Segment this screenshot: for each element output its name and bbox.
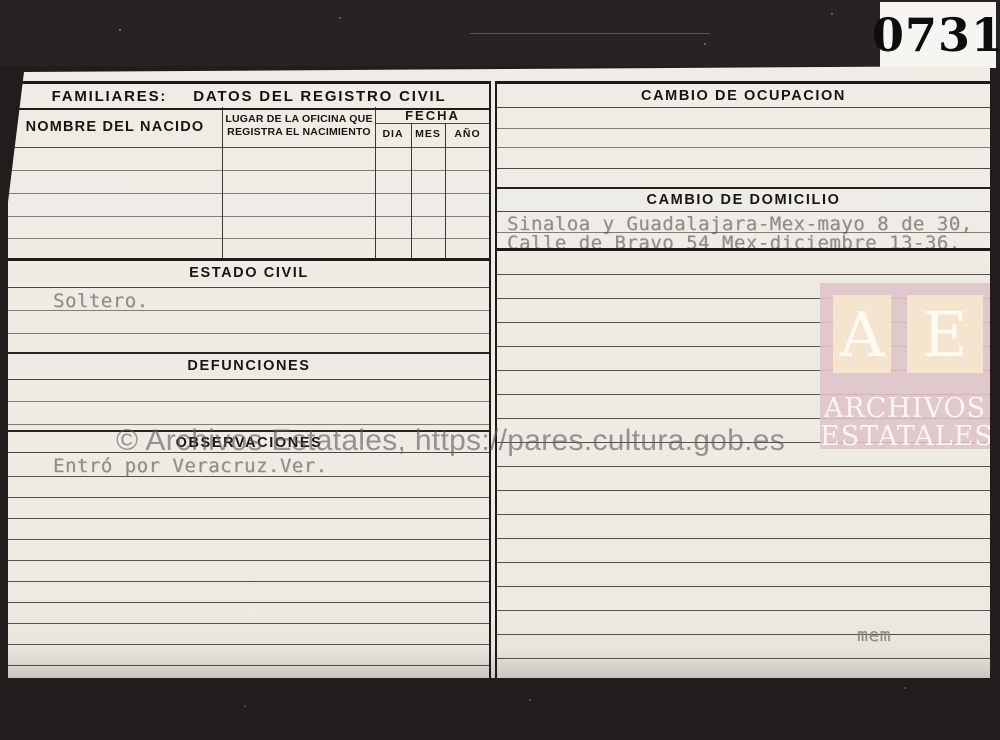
cambio-ocupacion-title: CAMBIO DE OCUPACION xyxy=(497,88,990,104)
cambio-domicilio-title: CAMBIO DE DOMICILIO xyxy=(497,192,990,208)
defunciones-title: DEFUNCIONES xyxy=(8,358,490,374)
ruled-line xyxy=(497,168,990,169)
ruled-line xyxy=(497,128,990,129)
logo-initial-a: A xyxy=(840,298,885,371)
cambio-domicilio-section: CAMBIO DE DOMICILIO Sinaloa y Guadalajar… xyxy=(497,187,990,250)
ruled-line xyxy=(497,147,990,148)
logo-initial-e: E xyxy=(922,298,967,371)
frame-number: 0731 xyxy=(872,8,1000,62)
cambio-ocupacion-section: CAMBIO DE OCUPACION xyxy=(497,81,990,190)
lugar-column-header-line2: REGISTRA EL NACIMIENTO xyxy=(224,126,374,139)
film-scratch xyxy=(470,33,710,34)
table-ruled-line xyxy=(8,193,490,194)
dia-column-header: DIA xyxy=(375,128,411,140)
mes-column-header: MES xyxy=(411,128,445,140)
ruled-lines xyxy=(8,476,490,677)
ruled-line xyxy=(8,333,490,334)
ae-logo-letter-e: E xyxy=(907,295,983,373)
center-divider xyxy=(489,81,497,678)
registry-card: FAMILIARES: DATOS DEL REGISTRO CIVIL NOM… xyxy=(8,66,990,678)
nombre-column-header: NOMBRE DEL NACIDO xyxy=(8,119,222,135)
observaciones-value: Entró por Veracruz.Ver. xyxy=(53,455,328,477)
table-gridline xyxy=(375,123,490,124)
defunciones-section: DEFUNCIONES xyxy=(8,352,490,432)
ae-logo-letter-a: A xyxy=(833,295,891,373)
estado-civil-section: ESTADO CIVIL Soltero. xyxy=(8,258,490,355)
microfilm-scan-background: 0731 FAMILIARES: DATOS DEL REGISTRO CIVI… xyxy=(0,0,1000,740)
estado-civil-title: ESTADO CIVIL xyxy=(8,265,490,281)
frame-number-badge: 0731 xyxy=(880,2,996,68)
ruled-line xyxy=(8,401,490,402)
ae-logo-name-line2: ESTATALES xyxy=(820,421,990,452)
registro-table: NOMBRE DEL NACIDO LUGAR DE LA OFICINA QU… xyxy=(8,107,490,261)
fecha-column-header: FECHA xyxy=(375,108,490,123)
ruled-line xyxy=(497,107,990,108)
familiares-label: FAMILIARES: xyxy=(52,88,168,105)
table-gridline xyxy=(222,107,223,258)
ae-logo-name-line1: ARCHIVOS xyxy=(820,393,990,424)
ruled-line xyxy=(8,287,490,288)
card-left-half: FAMILIARES: DATOS DEL REGISTRO CIVIL NOM… xyxy=(8,66,490,678)
table-ruled-line xyxy=(8,170,490,171)
lugar-column-header: LUGAR DE LA OFICINA QUE REGISTRA EL NACI… xyxy=(224,113,374,139)
registro-civil-header: FAMILIARES: DATOS DEL REGISTRO CIVIL xyxy=(8,81,490,110)
watermark-text: © Archivos Estatales, https://pares.cult… xyxy=(116,424,785,458)
ruled-line xyxy=(8,310,490,311)
ano-column-header: AÑO xyxy=(445,128,490,140)
observaciones-section: OBSERVACIONES Entró por Veracruz.Ver. xyxy=(8,430,490,680)
table-gridline xyxy=(8,147,490,148)
ruled-line xyxy=(497,211,990,212)
registro-civil-title: DATOS DEL REGISTRO CIVIL xyxy=(193,88,446,105)
estado-civil-value: Soltero. xyxy=(53,290,149,312)
lugar-column-header-line1: LUGAR DE LA OFICINA QUE xyxy=(224,113,374,126)
table-ruled-line xyxy=(8,238,490,239)
ruled-line xyxy=(8,379,490,380)
archivos-estatales-logo: A E ARCHIVOS ESTATALES xyxy=(820,283,990,449)
annotation-mem: mem xyxy=(857,625,891,646)
table-ruled-line xyxy=(8,216,490,217)
